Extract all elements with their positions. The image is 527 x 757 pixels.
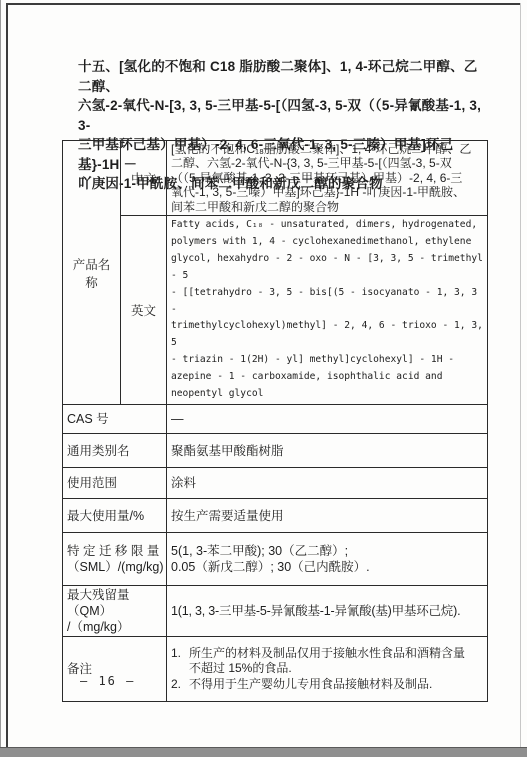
cas-label: CAS 号 [63, 405, 167, 434]
page-number: — 16 — [80, 674, 135, 688]
table-row-generic-class: 通用类别名 聚酯氨基甲酸酯树脂 [63, 434, 488, 468]
chinese-label: 中文 [121, 141, 167, 216]
product-info-table: 产品名称 中文 [氢化的不饱和C₁₈脂肪酸二聚体]、1, 4-环己烷二甲醇、乙 … [62, 140, 488, 702]
table-row-max-usage: 最大使用量/% 按生产需要适量使用 [63, 499, 488, 533]
remark-text: 所生产的材料及制品仅用于接触水性食品和酒精含量 不超过 15%的食品. [189, 646, 465, 677]
product-name-chinese-cell: [氢化的不饱和C₁₈脂肪酸二聚体]、1, 4-环己烷二甲醇、乙 二醇、六氢-2-… [167, 141, 488, 216]
max-usage-label: 最大使用量/% [63, 499, 167, 533]
remarks-cell: 1. 所生产的材料及制品仅用于接触水性食品和酒精含量 不超过 15%的食品. 2… [167, 637, 488, 702]
sml-label: 特 定 迁 移 限 量 （SML）/(mg/kg) [63, 533, 167, 586]
remark-text: 不得用于生产婴幼儿专用食品接触材料及制品. [189, 677, 432, 693]
table-row-qm: 最大残留量（QM） /（mg/kg） 1(1, 3, 3-三甲基-5-异氰酸基-… [63, 586, 488, 637]
table-row-product-name-en: 英文 Fatty acids, C₁₈ - unsaturated, dimer… [63, 216, 488, 405]
generic-class-label: 通用类别名 [63, 434, 167, 468]
scan-edge-left-outer [0, 0, 1, 757]
remark-number: 2. [171, 677, 189, 693]
page-border-right [520, 3, 521, 747]
sml-value: 5(1, 3-苯二甲酸); 30（乙二醇）; 0.05（新戊二醇）; 30（己内… [167, 533, 488, 586]
product-name-label: 产品名称 [63, 141, 121, 405]
usage-scope-label: 使用范围 [63, 468, 167, 499]
product-name-chinese: [氢化的不饱和C₁₈脂肪酸二聚体]、1, 4-环己烷二甲醇、乙 二醇、六氢-2-… [171, 142, 483, 214]
table-row-remarks: 备注 1. 所生产的材料及制品仅用于接触水性食品和酒精含量 不超过 15%的食品… [63, 637, 488, 702]
english-label: 英文 [121, 216, 167, 405]
product-name-english-cell: Fatty acids, C₁₈ - unsaturated, dimers, … [167, 216, 488, 405]
table-row-sml: 特 定 迁 移 限 量 （SML）/(mg/kg) 5(1, 3-苯二甲酸); … [63, 533, 488, 586]
table-row-product-name-cn: 产品名称 中文 [氢化的不饱和C₁₈脂肪酸二聚体]、1, 4-环己烷二甲醇、乙 … [63, 141, 488, 216]
table-row-usage-scope: 使用范围 涂料 [63, 468, 488, 499]
remarks-label: 备注 [63, 637, 167, 702]
scan-edge-bottom-strip [0, 747, 527, 757]
qm-label: 最大残留量（QM） /（mg/kg） [63, 586, 167, 637]
remark-item: 2. 不得用于生产婴幼儿专用食品接触材料及制品. [171, 677, 483, 693]
usage-scope-value: 涂料 [167, 468, 488, 499]
remark-number: 1. [171, 646, 189, 677]
table-row-cas: CAS 号 — [63, 405, 488, 434]
scanned-document-page: 十五、[氢化的不饱和 C18 脂肪酸二聚体]、1, 4-环己烷二甲醇、乙二醇、 … [0, 0, 527, 757]
qm-value: 1(1, 3, 3-三甲基-5-异氰酸基-1-异氰酸(基)甲基环己烷). [167, 586, 488, 637]
max-usage-value: 按生产需要适量使用 [167, 499, 488, 533]
page-border-left [6, 3, 8, 747]
product-name-english: Fatty acids, C₁₈ - unsaturated, dimers, … [171, 217, 483, 403]
cas-value: — [167, 405, 488, 434]
generic-class-value: 聚酯氨基甲酸酯树脂 [167, 434, 488, 468]
page-border-top [6, 3, 521, 5]
remark-item: 1. 所生产的材料及制品仅用于接触水性食品和酒精含量 不超过 15%的食品. [171, 646, 483, 677]
